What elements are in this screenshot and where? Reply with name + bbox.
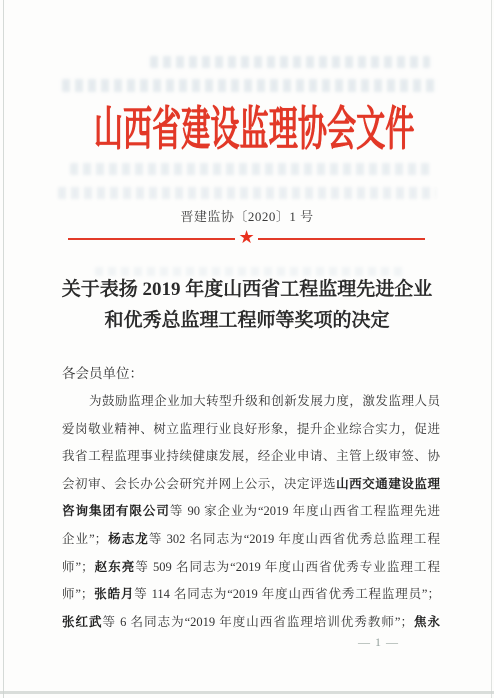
document-number: 晋建监协〔2020〕1 号 [0,206,494,225]
divider-line-right [258,238,425,240]
body-text: 师”； [62,587,93,601]
body-text-line: 张红武等 6 名同志为“2019 年度山西省监理培训优秀教师”；焦永 [62,609,440,637]
body-text-line: 企业”；杨志龙等 302 名同志为“2019 年度山西省优秀总监理工程 [62,526,440,554]
ink-bleed-artifact [62,79,437,92]
emphasized-name-text: 张红武 [62,615,103,629]
ink-bleed-artifact [70,163,430,175]
letterhead-divider: ★ [68,230,425,247]
body-text: 等 302 名同志为“2019 年度山西省优秀总监理工程 [149,532,440,546]
emphasized-name-text: 焦永 [413,615,440,629]
ink-bleed-artifact [58,187,436,199]
divider-line-left [68,238,235,240]
body-text: 企业”； [62,532,107,546]
salutation: 各会员单位： [62,360,440,388]
document-body: 各会员单位： 为鼓励监理企业加大转型升级和创新发展力度，激发监理人员爱岗敬业精神… [62,360,440,636]
body-text: 我省工程监理事业持续健康发展，经企业申请、主管上级审签、协 [62,449,440,463]
body-paragraph: 为鼓励监理企业加大转型升级和创新发展力度，激发监理人员爱岗敬业精神、树立监理行业… [62,388,440,636]
scan-edge-bottom [0,691,494,694]
body-text: 等 509 名同志为“2019 年度山西省优秀专业监理工程 [135,560,440,574]
letterhead-org-title: 山西省建设监理协会文件 [94,107,400,154]
body-text: 等 114 名同志为“2019 年度山西省优秀工程监理员”； [134,587,440,601]
body-text: 为鼓励监理企业加大转型升级和创新发展力度，激发监理人员 [89,394,440,408]
body-text-line: 咨询集团有限公司等 90 家企业为“2019 年度山西省工程监理先进 [62,498,440,526]
body-text: 会初审、会长办公会研究并网上公示，决定评选 [62,477,336,491]
scan-edge-right [491,0,492,698]
body-text-line: 师”；张皓月等 114 名同志为“2019 年度山西省优秀工程监理员”； [62,581,440,609]
emphasized-name-text: 山西交通建设监理 [336,477,440,491]
star-icon: ★ [235,229,257,247]
body-text: 师”； [62,560,94,574]
emphasized-name-text: 杨志龙 [107,532,149,546]
scanned-document-page: 山西省建设监理协会文件 晋建监协〔2020〕1 号 ★ 关于表扬 2019 年度… [0,0,494,698]
emphasized-name-text: 赵东亮 [94,560,136,574]
document-title-line-1: 关于表扬 2019 年度山西省工程监理先进企业 [20,274,474,305]
body-text-line: 会初审、会长办公会研究并网上公示，决定评选山西交通建设监理 [62,471,440,499]
body-text: 等 90 家企业为“2019 年度山西省工程监理先进 [170,504,440,518]
body-text-line: 爱岗敬业精神、树立监理行业良好形象，提升企业综合实力，促进 [62,416,440,444]
body-text-line: 师”；赵东亮等 509 名同志为“2019 年度山西省优秀专业监理工程 [62,554,440,582]
page-number: — 1 — [358,635,399,650]
document-title: 关于表扬 2019 年度山西省工程监理先进企业 和优秀总监理工程师等奖项的决定 [20,274,474,336]
document-title-line-2: 和优秀总监理工程师等奖项的决定 [20,305,474,336]
body-text: 爱岗敬业精神、树立监理行业良好形象，提升企业综合实力，促进 [62,422,440,436]
body-text: 等 6 名同志为“2019 年度山西省监理培训优秀教师”； [103,615,413,629]
scan-edge-left [3,0,4,698]
body-text-line: 为鼓励监理企业加大转型升级和创新发展力度，激发监理人员 [62,388,440,416]
emphasized-name-text: 咨询集团有限公司 [62,504,170,518]
body-text-line: 我省工程监理事业持续健康发展，经企业申请、主管上级审签、协 [62,443,440,471]
emphasized-name-text: 张皓月 [93,587,134,601]
ink-bleed-artifact [150,56,430,68]
